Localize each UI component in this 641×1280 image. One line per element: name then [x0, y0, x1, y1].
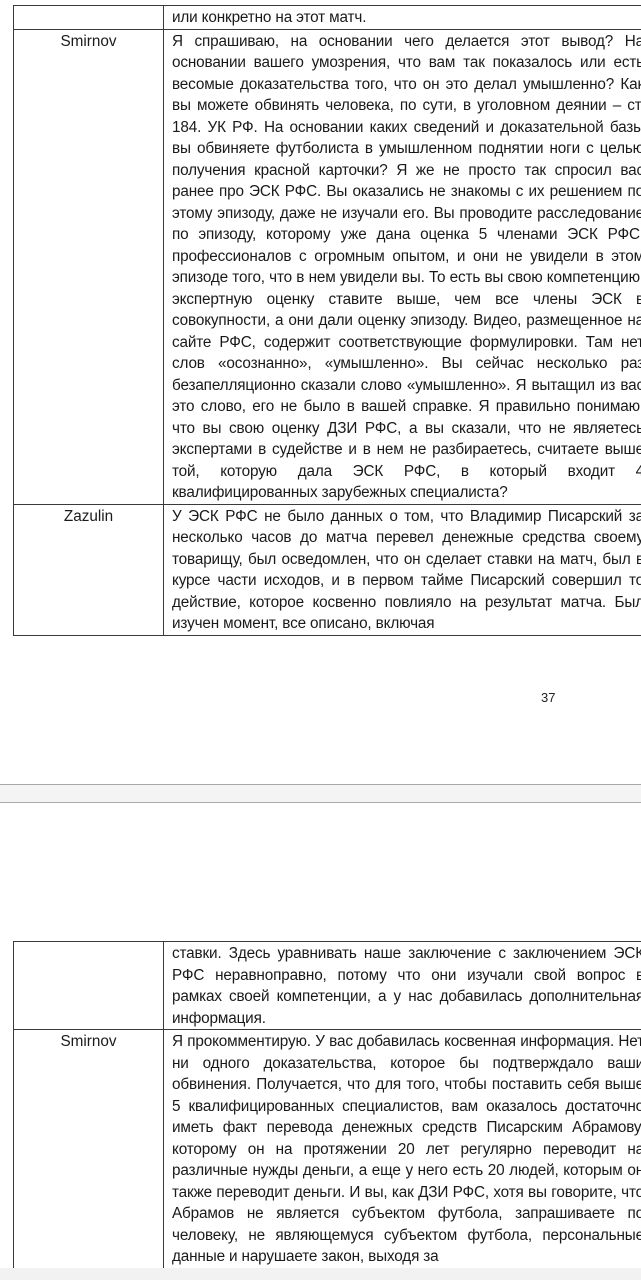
statement-cell: У ЭСК РФС не было данных о том, что Влад…	[164, 504, 641, 635]
speaker-cell: Smirnov	[14, 1030, 164, 1268]
speaker-cell: Smirnov	[14, 29, 164, 504]
viewer-bottom-bar	[0, 1268, 641, 1280]
document-page-37: или конкретно на этот матч. Smirnov Я сп…	[0, 0, 641, 784]
speaker-cell	[14, 942, 164, 1030]
transcript-table: ставки. Здесь уравнивать наше заключение…	[13, 941, 641, 1268]
table-row: Smirnov Я прокомментирую. У вас добавила…	[14, 1030, 641, 1268]
statement-cell: или конкретно на этот матч.	[164, 6, 641, 30]
table-row: или конкретно на этот матч.	[14, 6, 641, 30]
transcript-table: или конкретно на этот матч. Smirnov Я сп…	[13, 5, 641, 636]
table-row: Zazulin У ЭСК РФС не было данных о том, …	[14, 504, 641, 635]
speaker-cell	[14, 6, 164, 30]
table-row: ставки. Здесь уравнивать наше заключение…	[14, 942, 641, 1030]
page-number: 37	[541, 690, 555, 705]
statement-cell: Я прокомментирую. У вас добавилась косве…	[164, 1030, 641, 1268]
document-page-38: ставки. Здесь уравнивать наше заключение…	[0, 803, 641, 1280]
table-row: Smirnov Я спрашиваю, на основании чего д…	[14, 29, 641, 504]
statement-cell: ставки. Здесь уравнивать наше заключение…	[164, 942, 641, 1030]
speaker-cell: Zazulin	[14, 504, 164, 635]
page-separator	[0, 784, 641, 803]
statement-cell: Я спрашиваю, на основании чего делается …	[164, 29, 641, 504]
